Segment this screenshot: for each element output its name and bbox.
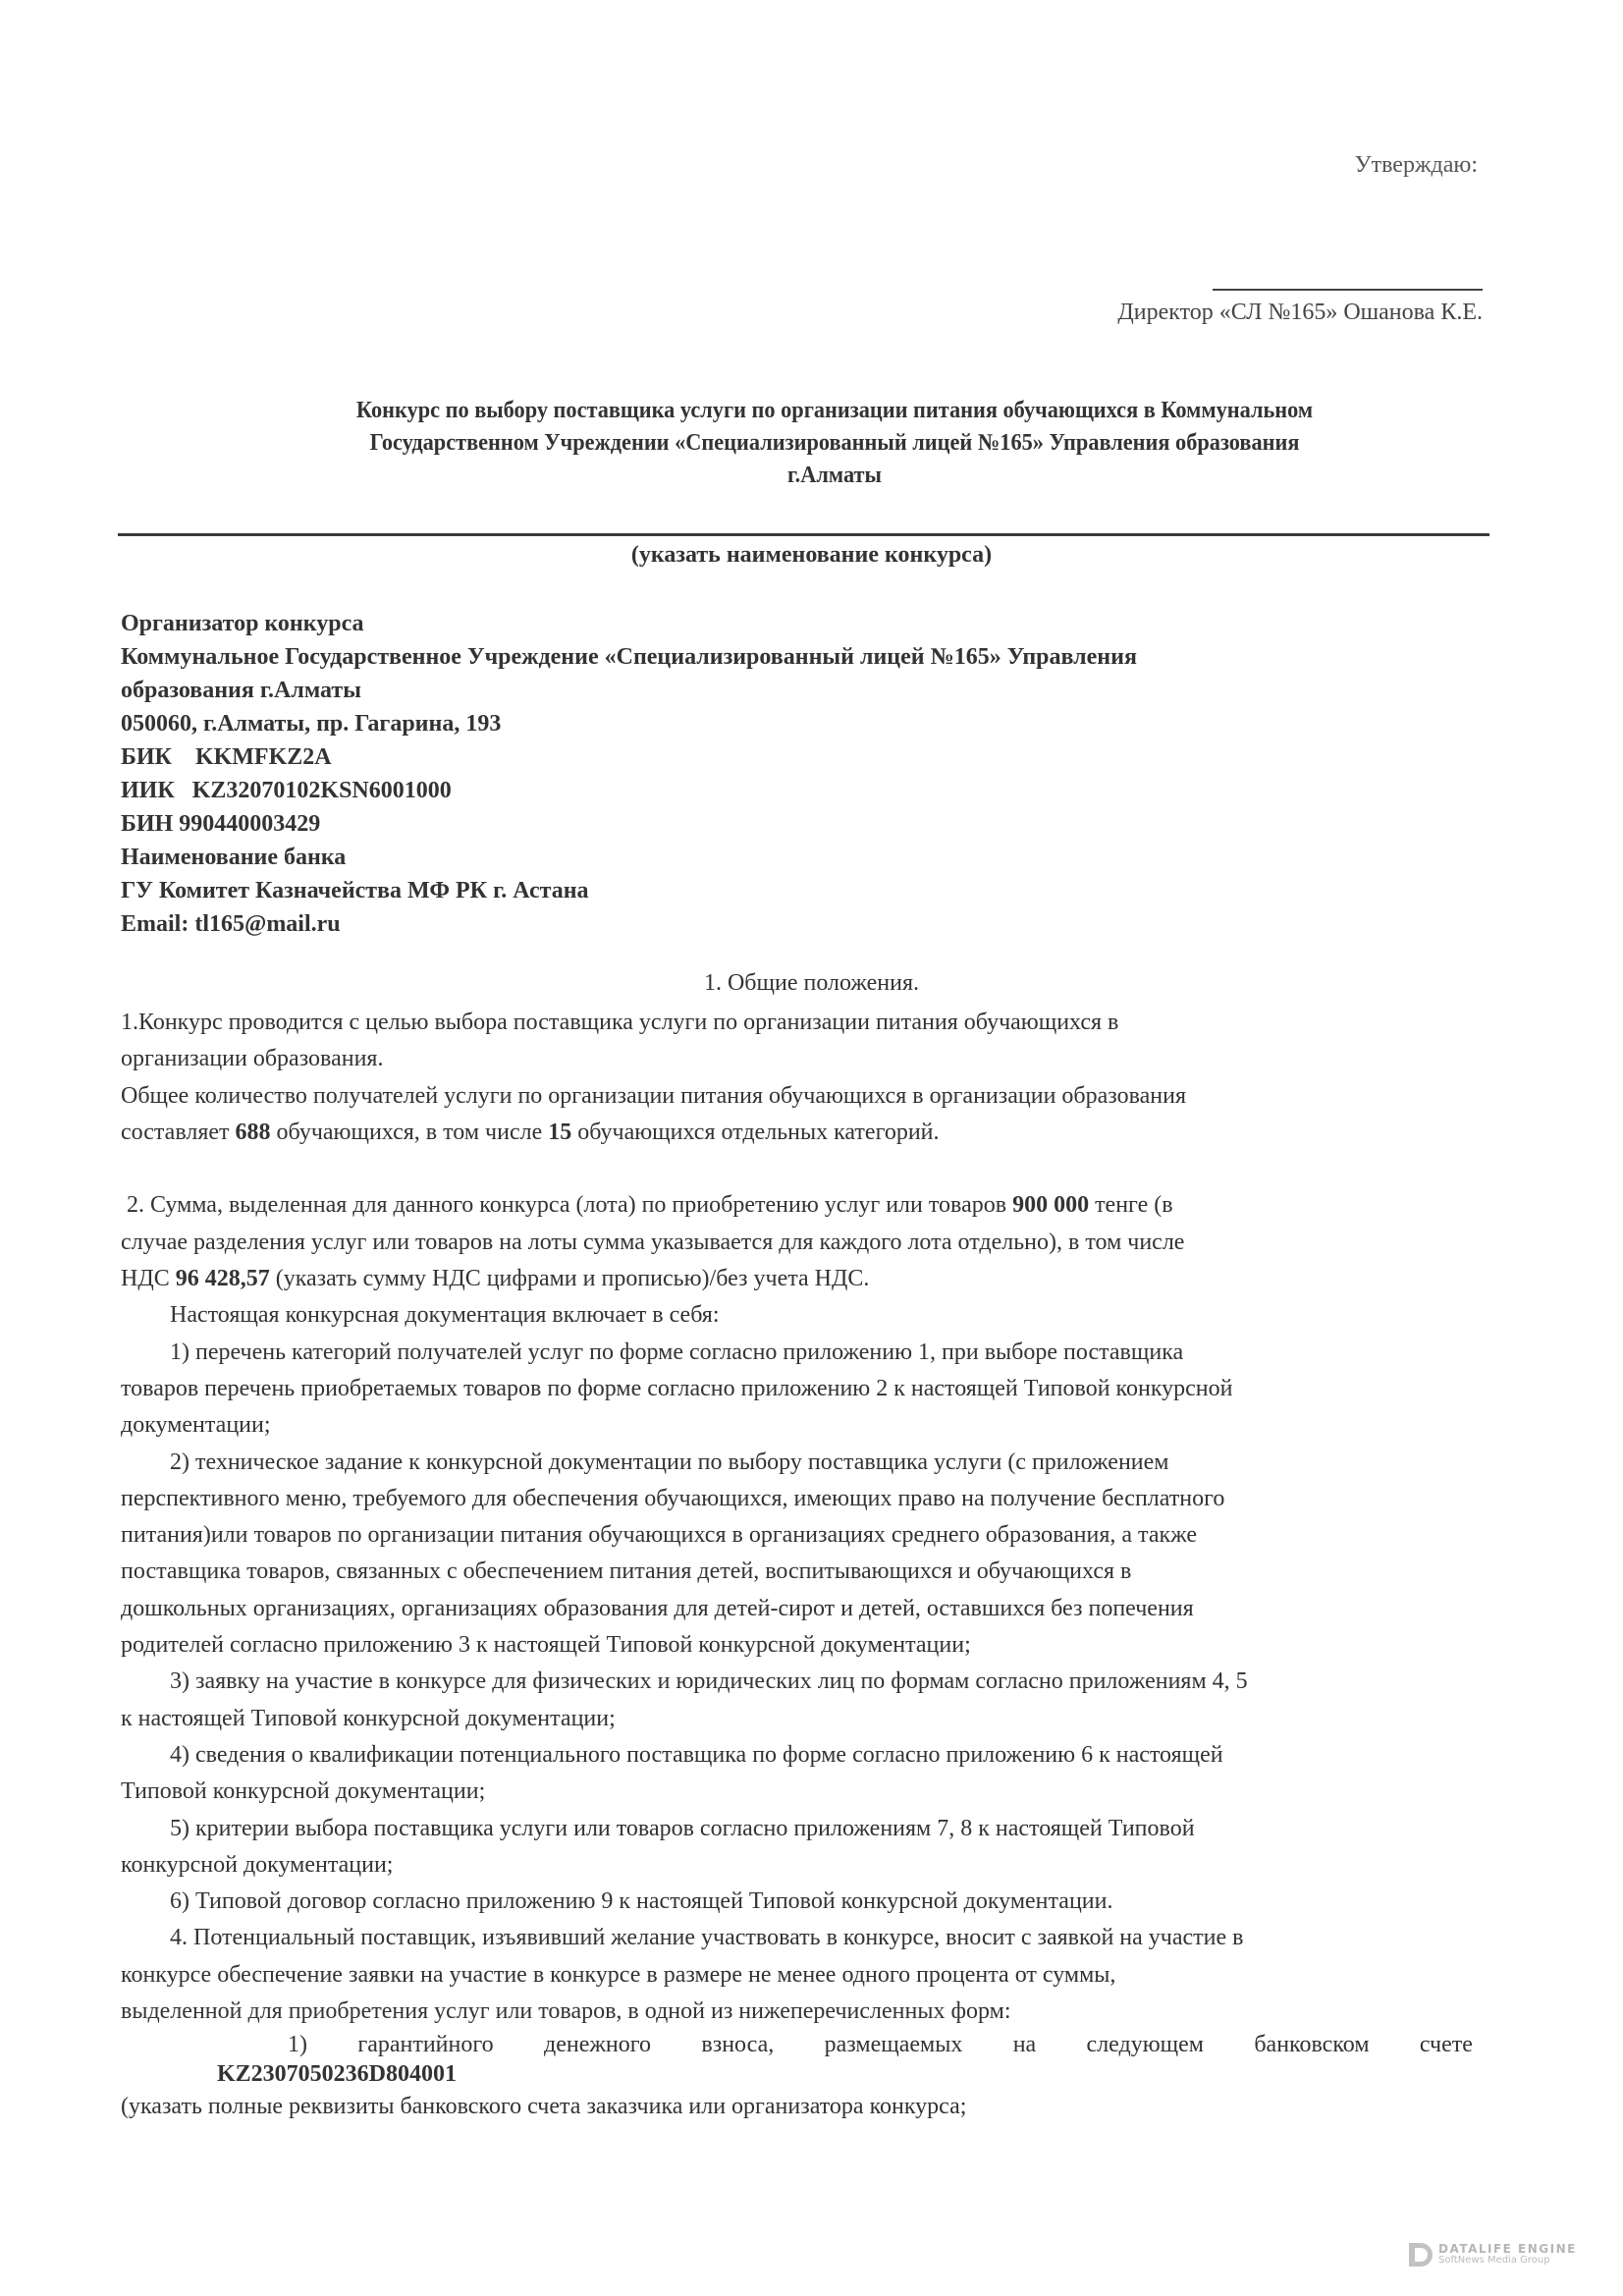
organizer-bin: БИН 990440003429 bbox=[121, 807, 1137, 841]
organizer-iik: ИИК KZ32070102KSN6001000 bbox=[121, 774, 1137, 807]
form-1-line: 1)гарантийногоденежноговзноса,размещаемы… bbox=[121, 2030, 1495, 2059]
document-title: Конкурс по выбору поставщика услуги по о… bbox=[195, 395, 1474, 492]
organizer-heading: Организатор конкурса bbox=[121, 607, 1137, 640]
text: составляет bbox=[121, 1120, 236, 1145]
word: счете bbox=[1420, 2030, 1473, 2059]
word: размещаемых bbox=[825, 2030, 963, 2059]
word: следующем bbox=[1087, 2030, 1204, 2059]
contest-name-hint: (указать наименование конкурса) bbox=[0, 542, 1623, 569]
word: взноса, bbox=[701, 2030, 774, 2059]
text: тенге (в bbox=[1089, 1192, 1173, 1218]
organizer-address: 050060, г.Алматы, пр. Гагарина, 193 bbox=[121, 707, 1137, 740]
organizer-block: Организатор конкурса Коммунальное Госуда… bbox=[121, 607, 1137, 941]
list-item-2-cont: перспективного меню, требуемого для обес… bbox=[121, 1481, 1495, 1517]
special-students: 15 bbox=[548, 1120, 571, 1145]
title-line: Государственном Учреждении «Специализиро… bbox=[195, 427, 1474, 460]
bank-name: ГУ Комитет Казначейства МФ РК г. Астана bbox=[121, 874, 1137, 907]
list-item-1-cont: документации; bbox=[121, 1407, 1495, 1444]
word: банковском bbox=[1254, 2030, 1369, 2059]
form-1-account: KZ2307050236D804001 bbox=[121, 2059, 1495, 2089]
list-item-2-cont: родителей согласно приложению 3 к настоя… bbox=[121, 1627, 1495, 1664]
text: обучающихся отдельных категорий. bbox=[571, 1120, 939, 1145]
title-line: г.Алматы bbox=[195, 460, 1474, 492]
text: (указать сумму НДС цифрами и прописью)/б… bbox=[270, 1266, 870, 1291]
paragraph-1: 1.Конкурс проводится с целью выбора пост… bbox=[121, 1005, 1495, 1041]
paragraph-amount-cont: случае разделения услуг или товаров на л… bbox=[121, 1225, 1495, 1261]
list-item-1-cont: товаров перечень приобретаемых товаров п… bbox=[121, 1371, 1495, 1407]
word: 1) bbox=[288, 2030, 307, 2059]
organizer-bik: БИК KKMFKZ2A bbox=[121, 740, 1137, 774]
list-item-3: 3) заявку на участие в конкурсе для физи… bbox=[121, 1664, 1495, 1700]
word: гарантийного bbox=[357, 2030, 493, 2059]
list-item-2-cont: поставщика товаров, связанных с обеспече… bbox=[121, 1554, 1495, 1590]
list-item-2-cont: питания)или товаров по организации питан… bbox=[121, 1517, 1495, 1554]
list-item-5: 5) критерии выбора поставщика услуги или… bbox=[121, 1811, 1495, 1847]
watermark-title: DATALIFE ENGINE bbox=[1438, 2243, 1577, 2255]
list-item-5-cont: конкурсной документации; bbox=[121, 1847, 1495, 1884]
signature-line bbox=[1213, 289, 1483, 291]
watermark-subtitle: SoftNews Media Group bbox=[1438, 2255, 1577, 2267]
paragraph-4: 4. Потенциальный поставщик, изъявивший ж… bbox=[121, 1920, 1495, 1956]
text: НДС bbox=[121, 1266, 176, 1291]
total-students: 688 bbox=[236, 1120, 271, 1145]
form-1-words: 1)гарантийногоденежноговзноса,размещаемы… bbox=[288, 2030, 1473, 2059]
vat-amount: 96 428,57 bbox=[176, 1266, 270, 1291]
paragraph-amount: 2. Сумма, выделенная для данного конкурс… bbox=[121, 1151, 1495, 1225]
docs-intro: Настоящая конкурсная документация включа… bbox=[121, 1297, 1495, 1334]
director-signature: Директор «СЛ №165» Ошанова К.Е. bbox=[1117, 300, 1483, 326]
datalife-logo-icon bbox=[1409, 2243, 1433, 2267]
list-item-2: 2) техническое задание к конкурсной доку… bbox=[121, 1445, 1495, 1481]
title-rule bbox=[118, 533, 1489, 536]
paragraph-recipients: Общее количество получателей услуги по о… bbox=[121, 1078, 1495, 1115]
word: на bbox=[1013, 2030, 1037, 2059]
list-item-1: 1) перечень категорий получателей услуг … bbox=[121, 1335, 1495, 1371]
approval-label: Утверждаю: bbox=[1355, 152, 1478, 179]
organizer-email: Email: tl165@mail.ru bbox=[121, 907, 1137, 941]
paragraph-recipients-cont: составляет 688 обучающихся, в том числе … bbox=[121, 1115, 1495, 1151]
title-line: Конкурс по выбору поставщика услуги по о… bbox=[195, 395, 1474, 427]
text: 2. Сумма, выделенная для данного конкурс… bbox=[121, 1192, 1012, 1218]
list-item-4-cont: Типовой конкурсной документации; bbox=[121, 1774, 1495, 1810]
list-item-6: 6) Типовой договор согласно приложению 9… bbox=[121, 1884, 1495, 1920]
list-item-3-cont: к настоящей Типовой конкурсной документа… bbox=[121, 1701, 1495, 1737]
list-item-4: 4) сведения о квалификации потенциальног… bbox=[121, 1737, 1495, 1774]
section-body: 1.Конкурс проводится с целью выбора пост… bbox=[121, 1005, 1495, 2126]
watermark: DATALIFE ENGINE SoftNews Media Group bbox=[1409, 2243, 1577, 2267]
word: денежного bbox=[544, 2030, 651, 2059]
organizer-name-cont: образования г.Алматы bbox=[121, 674, 1137, 707]
bank-label: Наименование банка bbox=[121, 841, 1137, 874]
paragraph-1-cont: организации образования. bbox=[121, 1041, 1495, 1077]
text: обучающихся, в том числе bbox=[271, 1120, 549, 1145]
form-1-note: (указать полные реквизиты банковского сч… bbox=[121, 2089, 1495, 2125]
section-heading: 1. Общие положения. bbox=[0, 970, 1623, 997]
contest-amount: 900 000 bbox=[1012, 1192, 1089, 1218]
watermark-text: DATALIFE ENGINE SoftNews Media Group bbox=[1438, 2243, 1577, 2267]
list-item-2-cont: дошкольных организациях, организациях об… bbox=[121, 1591, 1495, 1627]
organizer-name: Коммунальное Государственное Учреждение … bbox=[121, 640, 1137, 674]
paragraph-vat: НДС 96 428,57 (указать сумму НДС цифрами… bbox=[121, 1261, 1495, 1297]
paragraph-4-cont: конкурсе обеспечение заявки на участие в… bbox=[121, 1957, 1495, 1994]
paragraph-4-cont: выделенной для приобретения услуг или то… bbox=[121, 1994, 1495, 2030]
